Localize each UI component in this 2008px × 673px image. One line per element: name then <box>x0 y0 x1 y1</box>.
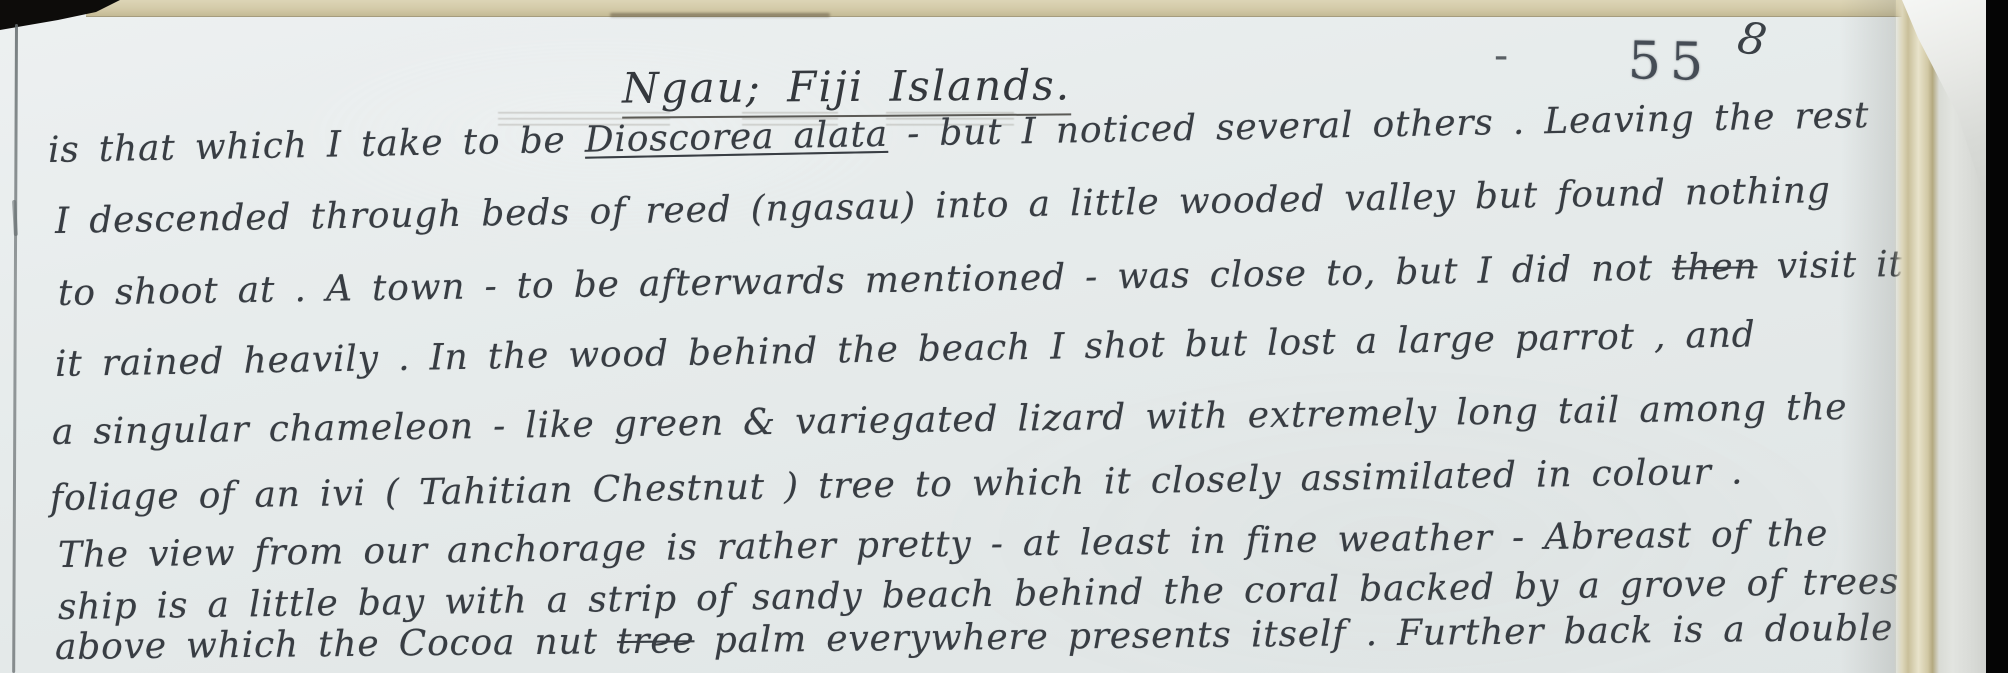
manuscript-line: it rained heavily . In the wood behind t… <box>55 317 1756 383</box>
manuscript-text-segment: above which the Cocoa nut <box>55 621 617 668</box>
background-right-band <box>1986 0 2008 673</box>
journal-page: Ngau; Fiji Islands. - 55 8 is that which… <box>0 0 1992 673</box>
manuscript-text-segment: is that which I take to be <box>48 120 586 171</box>
manuscript-text-segment: to shoot at . A town - to be afterwards … <box>58 248 1673 314</box>
manuscript-text-segment: it rained heavily . In the wood behind t… <box>55 314 1756 385</box>
scanned-journal-photo: Ngau; Fiji Islands. - 55 8 is that which… <box>0 0 2008 673</box>
manuscript-text-segment: a singular chameleon - like green & vari… <box>52 387 1848 453</box>
manuscript-line: I descended through beds of reed (ngasau… <box>55 173 1831 240</box>
page-curve-shadow <box>1840 0 1896 673</box>
manuscript-line: is that which I take to be Dioscorea ala… <box>48 98 1870 169</box>
manuscript-text-segment: then <box>1672 246 1758 288</box>
manuscript-text-segment: Dioscorea alata <box>584 114 888 161</box>
manuscript-text-segment: I descended through beds of reed (ngasau… <box>55 170 1831 242</box>
manuscript-lines: is that which I take to be Dioscorea ala… <box>0 0 1992 673</box>
manuscript-text-segment: foliage of an ivi ( Tahitian Chestnut ) … <box>50 451 1744 519</box>
manuscript-line: foliage of an ivi ( Tahitian Chestnut ) … <box>50 454 1744 517</box>
manuscript-text-segment: tree <box>617 620 695 662</box>
manuscript-text-segment: - but I noticed several others . Leaving… <box>888 95 1870 155</box>
manuscript-line: a singular chameleon - like green & vari… <box>52 390 1848 451</box>
manuscript-line: to shoot at . A town - to be afterwards … <box>58 247 1917 312</box>
